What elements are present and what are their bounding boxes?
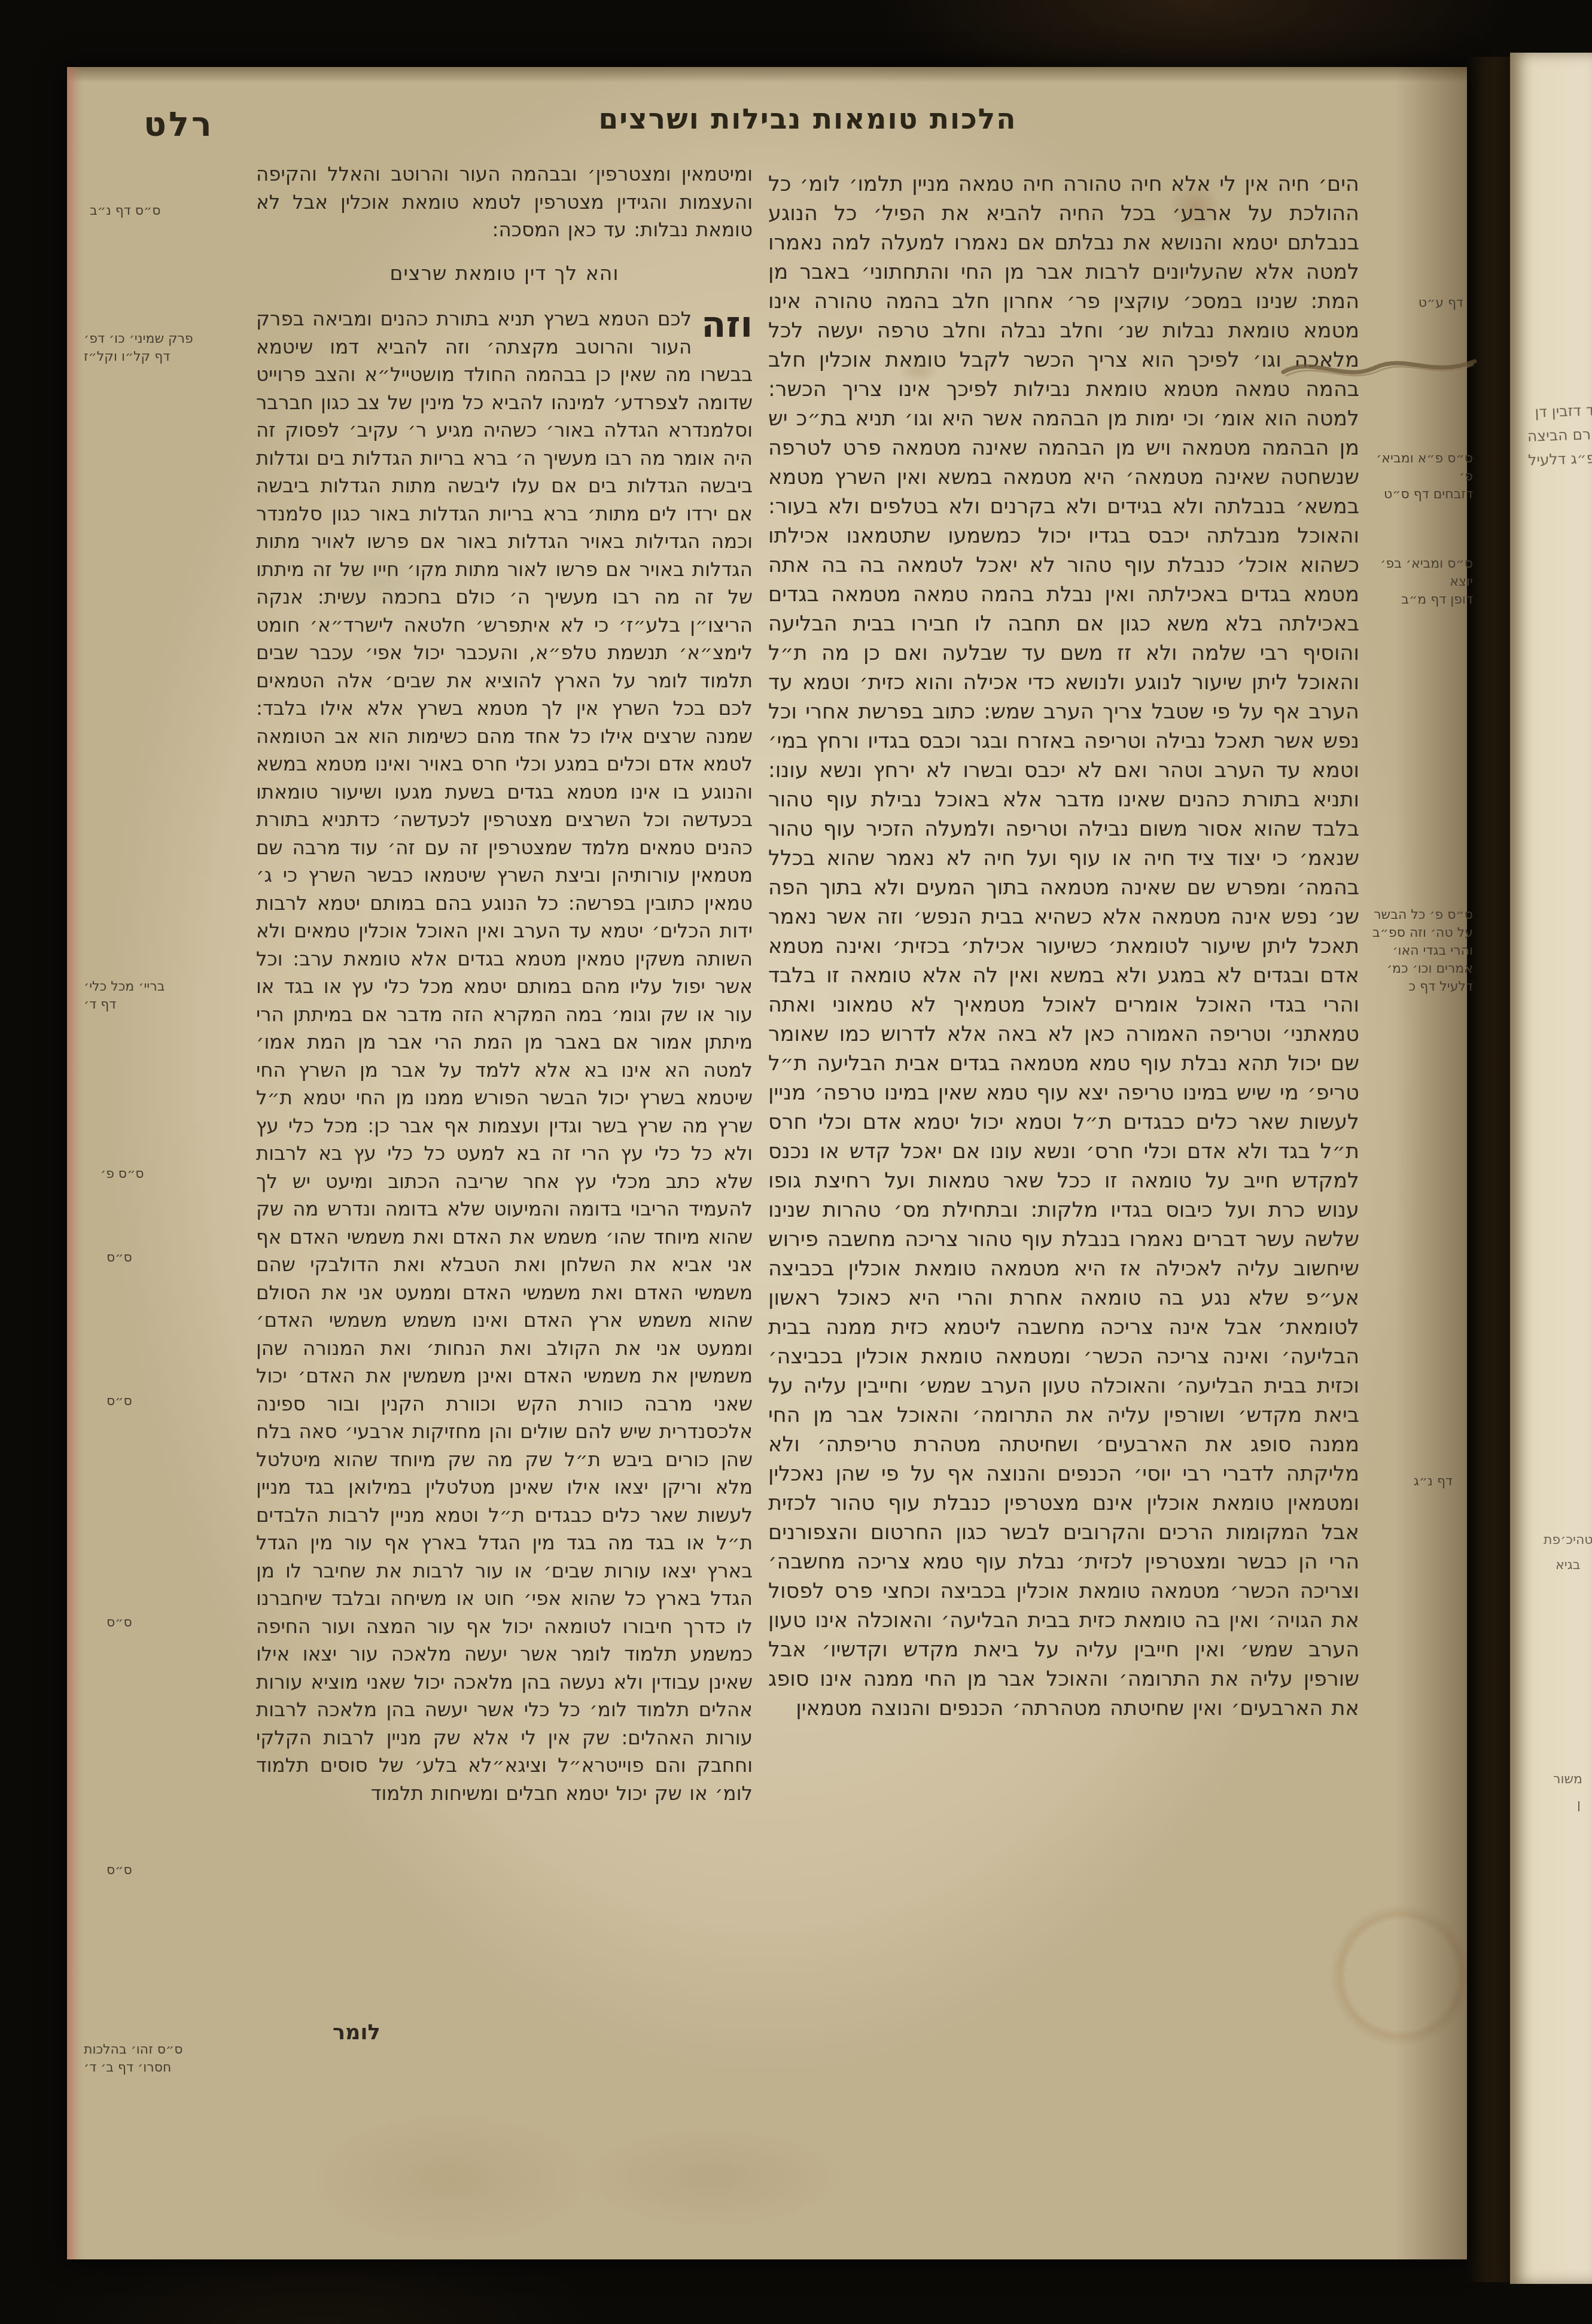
adjacent-fragment-3: משור xyxy=(1553,1772,1582,1787)
adjacent-page-edge xyxy=(1510,53,1592,2284)
main-paragraph-text: לכם הטמא בשרץ תניא בתורת כהנים ומביאה בפ… xyxy=(256,307,753,1805)
folio-number: רלט xyxy=(144,105,214,144)
margin-note-left-5: ס״ס xyxy=(106,1249,160,1267)
margin-note-left-1: ס״ס דף נ״ב xyxy=(90,202,245,220)
main-paragraph: וזהלכם הטמא בשרץ תניא בתורת כהנים ומביאה… xyxy=(256,305,753,1807)
margin-note-right-3: ס״ס ומביא׳ בפ׳ יוצא דופן דף מ״ב xyxy=(1365,555,1473,609)
margin-note-right-5: דף נ״ג xyxy=(1375,1473,1453,1491)
adjacent-fragment-4: ן xyxy=(1577,1797,1581,1812)
inner-text-column: הים׳ חיה אין לי אלא חיה טהורה חיה טמאה מ… xyxy=(768,170,1359,1723)
initial-word: וזה xyxy=(701,310,753,340)
intro-paragraph: ומיטמאין ומצטרפין׳ ובבהמה העור והרוטב וה… xyxy=(256,160,753,244)
outer-text-column: ומיטמאין ומצטרפין׳ ובבהמה העור והרוטב וה… xyxy=(256,160,753,1807)
adjacent-fragment-1: טהיכ׳פת xyxy=(1544,1533,1592,1548)
margin-note-left-2: פרק שמיני׳ כו׳ דפ׳ דף קל״ו וקל״ז xyxy=(84,330,251,366)
page-fore-edge xyxy=(67,67,83,2259)
page-title: הלכות טומאות נבילות ושרצים xyxy=(257,103,1358,136)
margin-note-left-6: ס״ס xyxy=(106,1393,160,1411)
catchword: לומר xyxy=(333,2021,381,2045)
margin-note-right-4: ס״ס פ׳ כל הבשר על טה׳ וזה ספ״ב והרי בגדי… xyxy=(1365,906,1473,996)
scan-background: רלט הלכות טומאות נבילות ושרצים ומיטמאין … xyxy=(0,0,1592,2324)
margin-note-right-2: ס״ס פ״א ומביא׳ פ׳ דזבחים דף ס״ט xyxy=(1365,450,1473,504)
thread-squiggle xyxy=(1280,348,1478,390)
section-heading: והא לך דין טומאת שרצים xyxy=(256,260,753,288)
margin-note-left-4: ס״ס פ׳ xyxy=(101,1165,172,1183)
margin-note-left-7: ס״ס xyxy=(106,1614,160,1632)
margin-note-left-3: בריי׳ מכל כלי׳ דף ד׳ xyxy=(84,978,245,1014)
adjacent-fragment-2: בגיא xyxy=(1556,1558,1580,1573)
margin-note-left-8: ס״ס xyxy=(106,1862,160,1880)
margin-note-right-1: דף ע״ט xyxy=(1386,294,1463,312)
adjacent-handwritten-note: ד דזבין דן ורם הביצה פ״ג דלעיל xyxy=(1522,398,1592,473)
margin-note-left-9: ס״ס זהו׳ בהלכות חסרו׳ דף ב׳ ד׳ xyxy=(84,2041,251,2077)
inner-column-text: הים׳ חיה אין לי אלא חיה טהורה חיה טמאה מ… xyxy=(768,170,1359,1723)
